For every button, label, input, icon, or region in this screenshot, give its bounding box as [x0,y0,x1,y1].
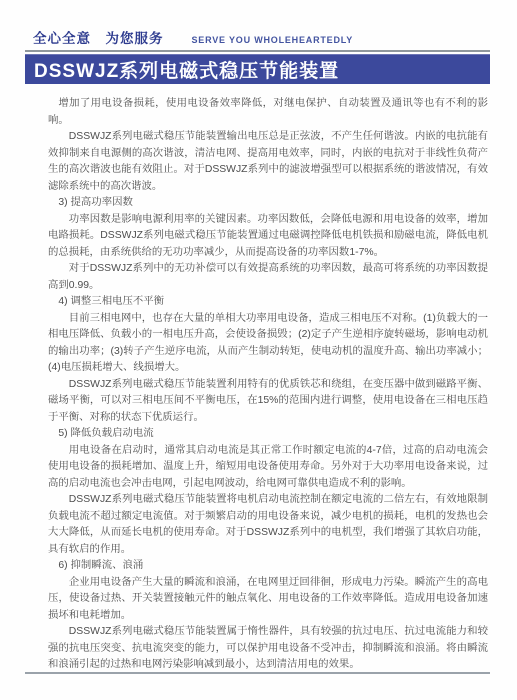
slogan-chinese: 全心全意 为您服务 [33,27,164,47]
paragraph: DSSWJZ系列电磁式稳压节能装置输出电压总是正弦波，不产生任何谐波。内嵌的电抗… [48,129,488,195]
header-divider [25,50,490,52]
document-body: 增加了用电设备损耗，使用电设备效率降低，对继电保护、自动装置及通讯等也有不利的影… [48,96,488,674]
paragraph: 对于DSSWJZ系列中的无功补偿可以有效提高系统的功率因数，最高可将系统的功率因… [48,261,488,294]
section-heading: 3) 提高功率因数 [48,195,488,212]
paragraph: DSSWJZ系列电磁式稳压节能装置利用特有的优质铁芯和绕组，在变压器中做到磁路平… [48,377,488,427]
title-banner: DSSWJZ系列电磁式稳压节能装置 [25,54,490,84]
section-heading: 5) 降低负载启动电流 [48,426,488,443]
paragraph: 功率因数是影响电源利用率的关键因素。功率因数低，会降低电源和用电设备的效率，增加… [48,212,488,262]
header-slogan: 全心全意 为您服务 SERVE YOU WHOLEHEARTEDLY [33,27,490,47]
document-page: 全心全意 为您服务 SERVE YOU WHOLEHEARTEDLY DSSWJ… [0,0,517,700]
section-heading: 6) 抑制瞬流、浪涌 [48,558,488,575]
slogan-english: SERVE YOU WHOLEHEARTEDLY [192,35,354,45]
section-heading: 4) 调整三相电压不平衡 [48,294,488,311]
paragraph: DSSWJZ系列电磁式稳压节能装置属于惰性器件，具有较强的抗过电压、抗过电流能力… [48,624,488,674]
paragraph: 增加了用电设备损耗，使用电设备效率降低，对继电保护、自动装置及通讯等也有不利的影… [48,96,488,129]
paragraph: 用电设备在启动时，通常其启动电流是其正常工作时额定电流的4-7倍，过高的启动电流… [48,443,488,493]
footer-divider [25,672,490,674]
page-title: DSSWJZ系列电磁式稳压节能装置 [25,56,339,83]
paragraph: DSSWJZ系列电磁式稳压节能装置将电机启动电流控制在额定电流的二倍左右，有效地… [48,492,488,558]
paragraph: 企业用电设备产生大量的瞬流和浪涌，在电网里迂回徘徊，形成电力污染。瞬流产生的高电… [48,575,488,625]
paragraph: 目前三相电网中，也存在大量的单相大功率用电设备，造成三相电压不对称。(1)负载大… [48,311,488,377]
